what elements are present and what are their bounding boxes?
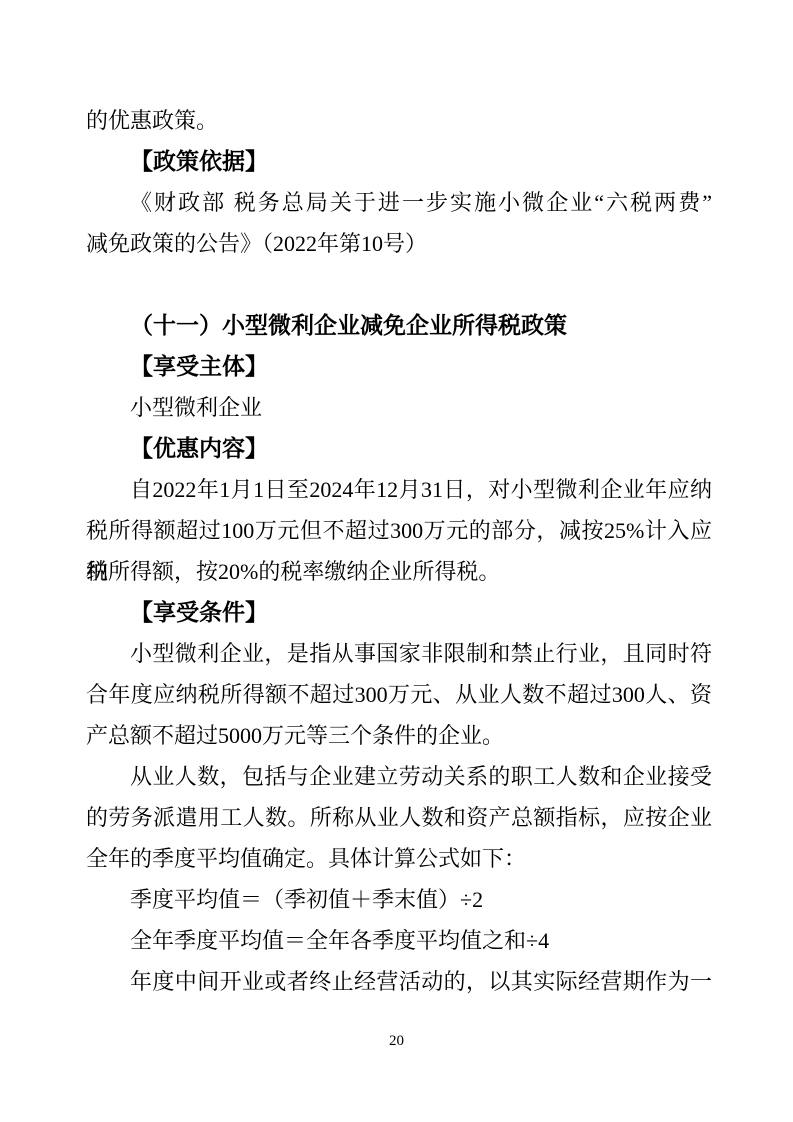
paragraph-line: 的劳务派遣用工人数。所称从业人数和资产总额指标，应按企业	[86, 797, 712, 838]
paragraph-line: 年度中间开业或者终止经营活动的，以其实际经营期作为一	[86, 961, 712, 1002]
paragraph-line: 小型微利企业，是指从事国家非限制和禁止行业，且同时符	[86, 633, 712, 674]
paragraph-line: 产总额不超过5000万元等三个条件的企业。	[86, 715, 712, 756]
paragraph-line: 合年度应纳税所得额不超过300万元、从业人数不超过300人、资	[86, 674, 712, 715]
blank-line	[86, 264, 712, 305]
paragraph-line: 税所得额，按20%的税率缴纳企业所得税。	[86, 551, 712, 592]
paragraph-line: 减免政策的公告》（2022年第10号）	[86, 223, 712, 264]
page-number: 20	[0, 1031, 793, 1051]
section-header-conditions: 【享受条件】	[86, 592, 712, 633]
section-title-11: （十一）小型微利企业减免企业所得税政策	[86, 305, 712, 346]
paragraph-line: 《财政部 税务总局关于进一步实施小微企业“六税两费”	[86, 182, 712, 223]
section-header-benefit-content: 【优惠内容】	[86, 428, 712, 469]
document-body: 的优惠政策。 【政策依据】 《财政部 税务总局关于进一步实施小微企业“六税两费”…	[86, 100, 712, 1002]
paragraph-line: 税所得额超过100万元但不超过300万元的部分，减按25%计入应纳	[86, 510, 712, 551]
formula-line: 季度平均值＝（季初值＋季末值）÷2	[86, 879, 712, 920]
section-header-policy-basis: 【政策依据】	[86, 141, 712, 182]
document-page: 的优惠政策。 【政策依据】 《财政部 税务总局关于进一步实施小微企业“六税两费”…	[0, 0, 793, 1122]
paragraph-line: 自2022年1月1日至2024年12月31日，对小型微利企业年应纳	[86, 469, 712, 510]
paragraph-line: 小型微利企业	[86, 387, 712, 428]
section-header-beneficiary: 【享受主体】	[86, 346, 712, 387]
formula-line: 全年季度平均值＝全年各季度平均值之和÷4	[86, 920, 712, 961]
paragraph-line: 从业人数，包括与企业建立劳动关系的职工人数和企业接受	[86, 756, 712, 797]
paragraph-line: 的优惠政策。	[86, 100, 712, 141]
paragraph-line: 全年的季度平均值确定。具体计算公式如下：	[86, 838, 712, 879]
